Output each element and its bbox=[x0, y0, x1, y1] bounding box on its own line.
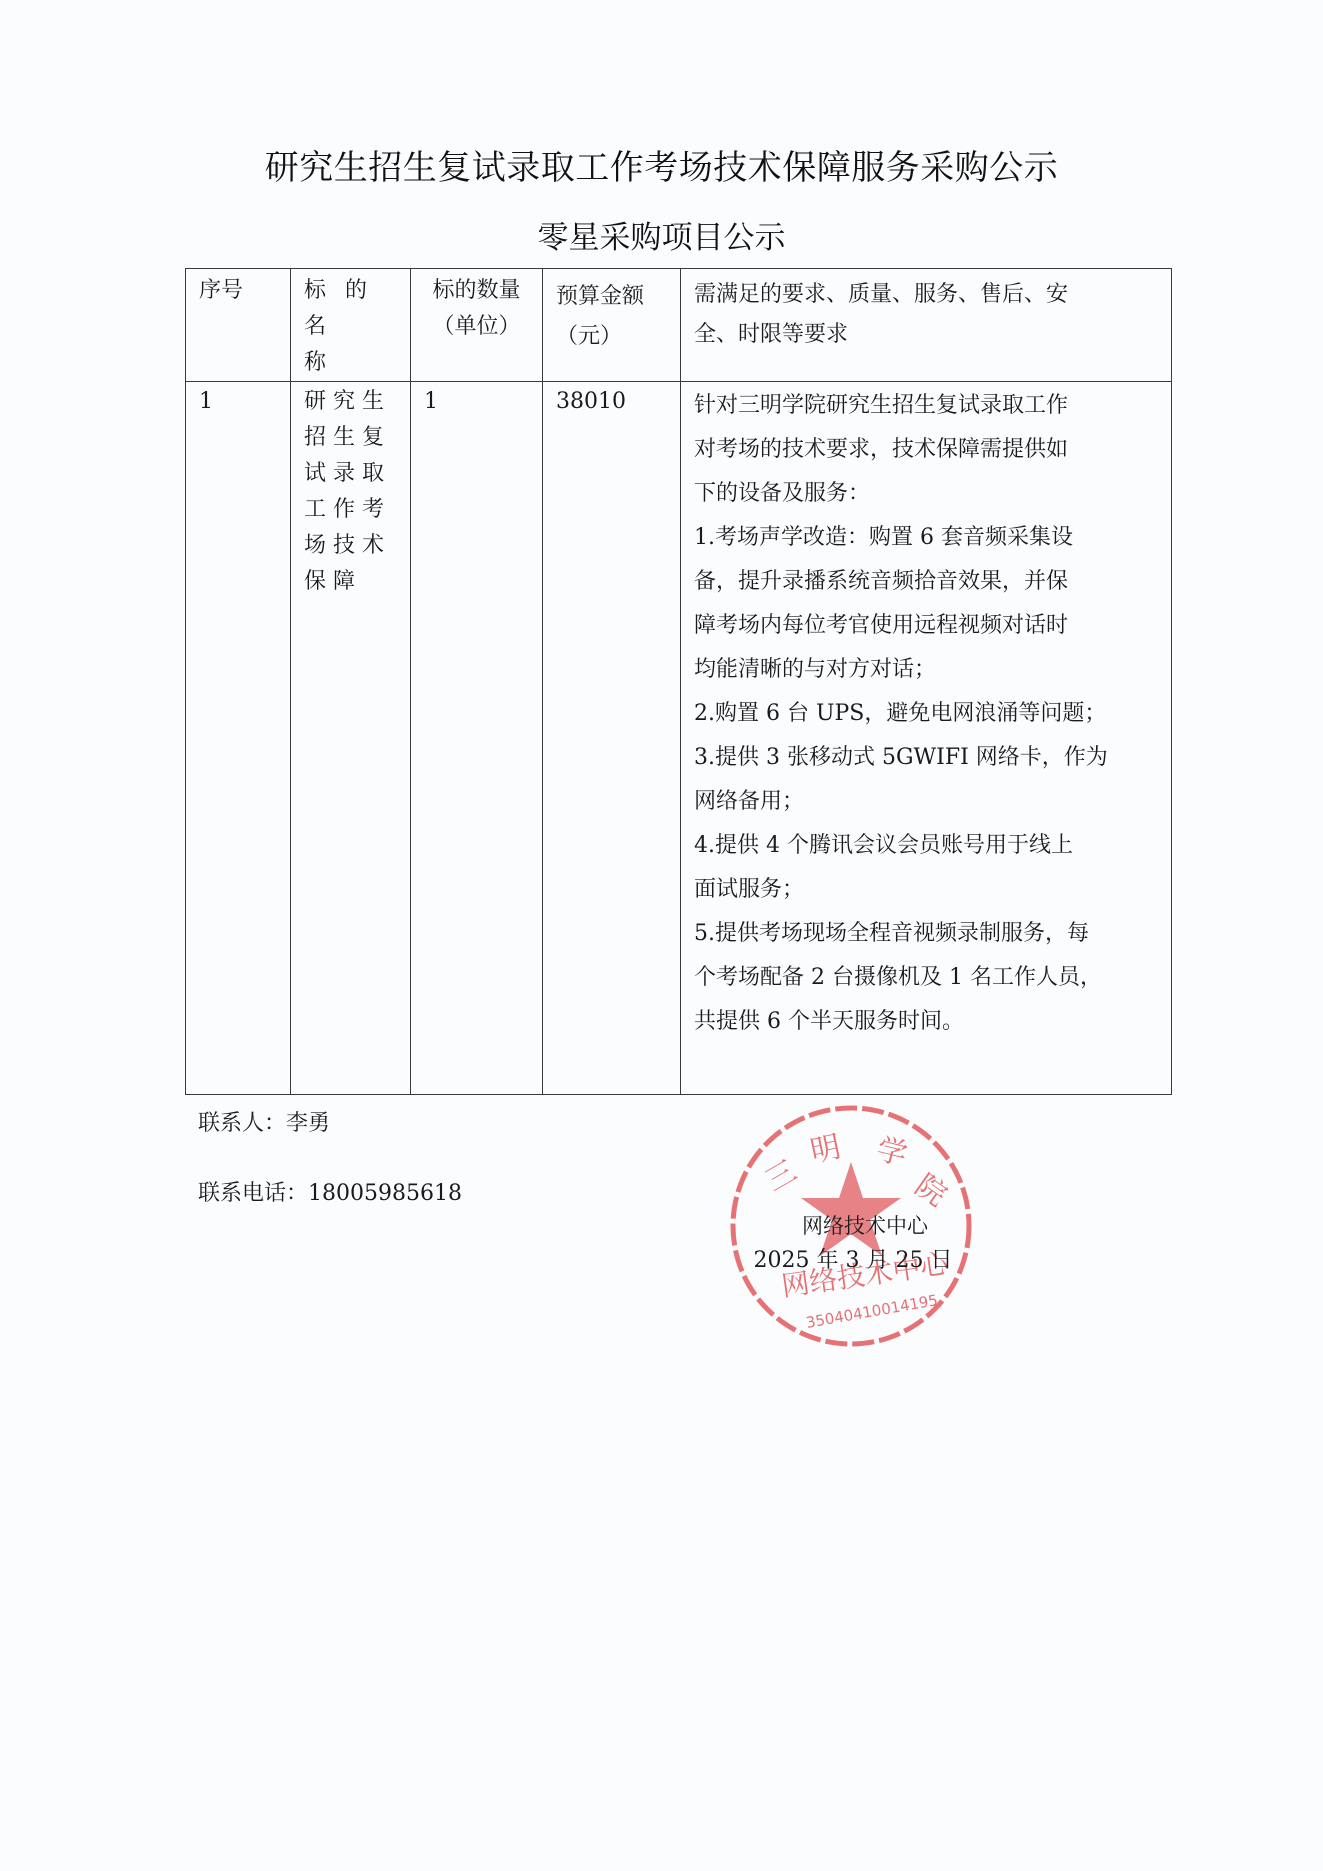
document-title: 研究生招生复试录取工作考场技术保障服务采购公示 bbox=[0, 140, 1323, 189]
contact-person-name: 李勇 bbox=[286, 1111, 330, 1136]
cell-requirements: 针对三明学院研究生招生复试录取工作 对考场的技术要求，技术保障需提供如 下的设备… bbox=[681, 382, 1172, 1095]
svg-text:院: 院 bbox=[908, 1168, 953, 1214]
cell-item-name: 研究生 招生复 试录取 工作考 场技术 保障 bbox=[291, 382, 411, 1095]
contact-phone-number: 18005985618 bbox=[308, 1181, 462, 1206]
header-index: 序号 bbox=[186, 269, 291, 382]
svg-text:明: 明 bbox=[807, 1129, 844, 1169]
contact-phone: 联系电话：18005985618 bbox=[198, 1176, 462, 1207]
document-subtitle: 零星采购项目公示 bbox=[0, 212, 1323, 257]
signature-organization: 网络技术中心 bbox=[745, 1210, 985, 1240]
contact-phone-label: 联系电话： bbox=[198, 1181, 308, 1206]
cell-index: 1 bbox=[186, 382, 291, 1095]
header-quantity: 标的数量 （单位） bbox=[411, 269, 543, 382]
star-icon bbox=[801, 1162, 901, 1256]
cell-budget: 38010 bbox=[543, 382, 681, 1095]
cell-quantity: 1 bbox=[411, 382, 543, 1095]
table-header-row: 序号 标 的 名 称 标的数量 （单位） 预算金额 （元） 需满足的要求、质量、… bbox=[186, 269, 1172, 382]
svg-text:三: 三 bbox=[760, 1154, 803, 1199]
header-item-name: 标 的 名 称 bbox=[291, 269, 411, 382]
procurement-table: 序号 标 的 名 称 标的数量 （单位） 预算金额 （元） 需满足的要求、质量、… bbox=[185, 268, 1172, 1095]
contact-person: 联系人：李勇 bbox=[198, 1106, 330, 1137]
signature-date: 2025 年 3 月 25 日 bbox=[733, 1243, 973, 1274]
svg-text:学: 学 bbox=[873, 1132, 911, 1173]
header-requirements: 需满足的要求、质量、服务、售后、安 全、时限等要求 bbox=[681, 269, 1172, 382]
header-budget: 预算金额 （元） bbox=[543, 269, 681, 382]
table-row: 1 研究生 招生复 试录取 工作考 场技术 保障 1 38010 针对三明学院研… bbox=[186, 382, 1172, 1095]
contact-person-label: 联系人： bbox=[198, 1111, 286, 1136]
